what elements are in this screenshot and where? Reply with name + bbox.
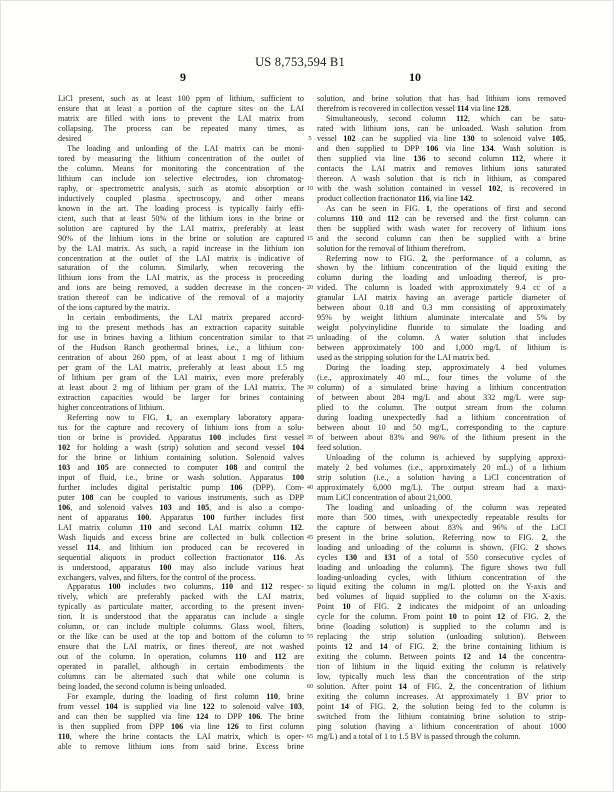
- text-line: known in the art. The loading process is…: [58, 204, 304, 214]
- text-line: ping solution (having a lithium concentr…: [317, 722, 566, 732]
- text-line: saturation of the column. Similarly, whe…: [58, 263, 304, 273]
- column-number-left: 9: [123, 70, 243, 85]
- text-line: for the brine or lithium containing solu…: [58, 453, 304, 463]
- text-line: 103 and 105 are connected to computer 10…: [58, 463, 304, 473]
- gutter-line-number: 40: [300, 484, 320, 492]
- text-line: vessel 102 can be supplied via line 130 …: [317, 134, 566, 144]
- patent-number-header: US 8,753,594 B1: [0, 55, 600, 70]
- gutter-line-number: 25: [300, 334, 320, 342]
- text-line: As can be seen in FIG. 1, the operations…: [317, 204, 566, 214]
- text-line: higher concentrations of lithium.: [58, 403, 304, 413]
- text-line: operated in parallel, although in certai…: [58, 662, 304, 672]
- text-line: switched from the lithium containing bri…: [317, 712, 566, 722]
- gutter-line-number: 15: [300, 235, 320, 243]
- text-line: mately 2 bed volumes (i.e., approximatel…: [317, 463, 566, 473]
- text-line: of between about 83% and 96% of the lith…: [317, 433, 566, 443]
- text-line: able to remove lithium ions from said br…: [58, 742, 304, 752]
- text-line: tored by measuring the lithium concentra…: [58, 154, 304, 164]
- text-line: plied to the column. The output stream f…: [317, 403, 566, 413]
- text-line: points 12 and 14 of FIG. 2, the brine co…: [317, 642, 566, 652]
- text-line: loading and unloading of the column is s…: [317, 543, 566, 553]
- text-line: solution are captured by the LAI matrix,…: [58, 224, 304, 234]
- text-line: tively, which are preferably packed with…: [58, 592, 304, 602]
- text-line: puter 108 can be coupled to various inst…: [58, 493, 304, 503]
- text-line: tion of lithium in the liquid exiting th…: [317, 662, 566, 672]
- text-line: nent of apparatus 100. Apparatus 100 fur…: [58, 513, 304, 523]
- text-line: granular LAI matrix having an average pa…: [317, 293, 566, 303]
- gutter-line-number: 20: [300, 284, 320, 292]
- text-column-right: solution, and brine solution that has ha…: [317, 94, 566, 742]
- text-line: of the Hudson Ranch geothermal brines, i…: [58, 343, 304, 353]
- text-line: by the LAI matrix. As such, a rapid incr…: [58, 244, 304, 254]
- text-line: Apparatus 100 includes two columns, 110 …: [58, 582, 304, 592]
- text-line: Point 10 of FIG. 2 indicates the midpoin…: [317, 602, 566, 612]
- text-line: Wash liquids and excess brine are collec…: [58, 533, 304, 543]
- text-line: columns 110 and 112 can be reversed and …: [317, 214, 566, 224]
- text-line: out of the column. In operation, columns…: [58, 652, 304, 662]
- text-line: per gram of the LAI matrix, preferably a…: [58, 363, 304, 373]
- text-line: bed volumes of liquid supplied to the co…: [317, 592, 566, 602]
- text-line: product collection fractionator 116, via…: [317, 194, 566, 204]
- text-line: During the loading step, approximately 4…: [317, 363, 566, 373]
- text-line: Unloading of the column is achieved by s…: [317, 453, 566, 463]
- text-line: sequential aliquots in product collectio…: [58, 553, 304, 563]
- text-line: column during the loading and unloading …: [317, 273, 566, 283]
- text-line: matrix are filled with ions to prevent t…: [58, 114, 304, 124]
- text-line: contacts the LAI matrix and removes lith…: [317, 164, 566, 174]
- text-column-left: LiCl present, such as at least 100 ppm o…: [58, 94, 304, 752]
- gutter-line-number: 50: [300, 584, 320, 592]
- text-line: between approximately 100 and 1,000 mg/L…: [317, 343, 566, 353]
- text-line: column) of a simulated brine having a li…: [317, 383, 566, 393]
- text-line: and can then be supplied via line 124 to…: [58, 712, 304, 722]
- text-line: and the second column can then be suppli…: [317, 234, 566, 244]
- text-line: point 14 of FIG. 2, the solution being f…: [317, 702, 566, 712]
- text-line: concentration at the outlet of the LAI m…: [58, 254, 304, 264]
- text-line: tion. It is understood that the apparatu…: [58, 612, 304, 622]
- text-line: 90% of the lithium ions in the brine or …: [58, 234, 304, 244]
- text-line: loading-unloading cycles, with lithium c…: [317, 573, 566, 583]
- text-line: between about 10 and 50 mg/L, correspond…: [317, 423, 566, 433]
- text-line: during loading unexpectedly had a lithiu…: [317, 413, 566, 423]
- text-line: at least about 2 mg of lithium per gram …: [58, 383, 304, 393]
- text-line: solution for the removal of lithium ther…: [317, 244, 566, 254]
- text-line: extraction capacities would be larger fo…: [58, 393, 304, 403]
- text-line: In certain embodiments, the LAI matrix p…: [58, 313, 304, 323]
- text-line: collapsing. The process can be repeated …: [58, 124, 304, 134]
- text-line: the column. Means for monitoring the con…: [58, 164, 304, 174]
- text-line: with the wash solution contained in vess…: [317, 184, 566, 194]
- text-line: Referring now to FIG. 2, the performance…: [317, 254, 566, 264]
- text-line: For example, during the loading of first…: [58, 692, 304, 702]
- text-line: columns can be alternated such that whil…: [58, 672, 304, 682]
- text-line: ensure that the LAI matrix, or fines the…: [58, 642, 304, 652]
- gutter-line-number: 55: [300, 633, 320, 641]
- text-line: and ions are being removed, a sudden dec…: [58, 283, 304, 293]
- text-line: 102 for holding a wash (strip) solution …: [58, 443, 304, 453]
- text-line: then be supplied with wash water for rec…: [317, 224, 566, 234]
- patent-page: US 8,753,594 B1 9 10 LiCl present, such …: [0, 0, 614, 792]
- text-line: solution. After point 14 of FIG. 2, the …: [317, 682, 566, 692]
- text-line: feed solution.: [317, 443, 566, 453]
- text-line: loading and unloading the column). The f…: [317, 563, 566, 573]
- text-line: The loading and unloading of the column …: [317, 503, 566, 513]
- text-line: lithium ions from the LAI matrix, as the…: [58, 273, 304, 283]
- text-line: mum LiCl concentration of about 21,000.: [317, 493, 566, 503]
- gutter-line-number: 60: [300, 683, 320, 691]
- text-line: desired: [58, 134, 304, 144]
- text-line: ensure that at least a portion of the ca…: [58, 104, 304, 114]
- text-line: Simultaneously, second column 112, which…: [317, 114, 566, 124]
- text-line: is then supplied from DPP 106 via line 1…: [58, 722, 304, 732]
- text-line: inductively coupled plasma spectroscopy,…: [58, 194, 304, 204]
- text-line: vided. The column is loaded with approxi…: [317, 283, 566, 293]
- text-line: then supplied via line 136 to second col…: [317, 154, 566, 164]
- text-line: unloading of the column. A water solutio…: [317, 333, 566, 343]
- text-line: exiting the column. Between points 12 an…: [317, 652, 566, 662]
- text-line: being loaded, the second column is being…: [58, 682, 304, 692]
- text-line: present in the brine solution. Referring…: [317, 533, 566, 543]
- text-line: solution, and brine solution that has ha…: [317, 94, 566, 104]
- text-line: centration of about 260 ppm, of at least…: [58, 353, 304, 363]
- text-line: thereon. A wash solution that is rich in…: [317, 174, 566, 184]
- text-line: used as the stripping solution for the L…: [317, 353, 566, 363]
- text-line: from vessel 104 is supplied via line 122…: [58, 702, 304, 712]
- text-line: tration thereof can be indicative of the…: [58, 293, 304, 303]
- text-line: cient, such that at least 50% of the lit…: [58, 214, 304, 224]
- text-line: Referring now to FIG. 1, an exemplary la…: [58, 413, 304, 423]
- text-line: approximately 6,000 mg/L). The output st…: [317, 483, 566, 493]
- text-line: more than 500 times, with unexpectedly r…: [317, 513, 566, 523]
- text-line: further includes digital peristaltic pum…: [58, 483, 304, 493]
- text-line: cycle for the column. From point 10 to p…: [317, 612, 566, 622]
- gutter-line-number: 30: [300, 384, 320, 392]
- text-line: tion or brine is provided. Apparatus 100…: [58, 433, 304, 443]
- text-line: typically as particulate matter, accordi…: [58, 602, 304, 612]
- text-line: exchangers, valves, and filters, for the…: [58, 573, 304, 583]
- text-line: input of fluid, i.e., brine or wash solu…: [58, 473, 304, 483]
- text-line: liquid exiting the column in mg/L plotte…: [317, 582, 566, 592]
- text-line: The loading and unloading of the LAI mat…: [58, 144, 304, 154]
- text-line: vessel 114, and lithium ion produced can…: [58, 543, 304, 553]
- text-line: between about 0.18 and 0.3 mm consisting…: [317, 303, 566, 313]
- text-line: ing to the present methods has an extrac…: [58, 323, 304, 333]
- gutter-line-number: 10: [300, 185, 320, 193]
- text-line: is understood, apparatus 100 may also in…: [58, 563, 304, 573]
- text-line: strip solution (i.e., a solution having …: [317, 473, 566, 483]
- gutter-line-number: 45: [300, 534, 320, 542]
- text-line: therefrom is recovered in collection ves…: [317, 104, 566, 114]
- text-line: tus for the capture and recovery of lith…: [58, 423, 304, 433]
- text-line: mg/L) and a total of 1 to 1.5 BV is pass…: [317, 732, 566, 742]
- text-line: 110, where the brine contacts the LAI ma…: [58, 732, 304, 742]
- text-line: for use in brines having a lithium conce…: [58, 333, 304, 343]
- gutter-line-number: 35: [300, 434, 320, 442]
- gutter-line-number: 5: [300, 135, 320, 143]
- text-line: exiting the column increases. At approxi…: [317, 692, 566, 702]
- text-line: rated with lithium ions, can be unloaded…: [317, 124, 566, 134]
- gutter-line-number: 65: [300, 733, 320, 741]
- column-number-right: 10: [355, 70, 475, 85]
- text-line: raphy, or spectrometric analysis, such a…: [58, 184, 304, 194]
- text-line: of between about 284 mg/L and about 332 …: [317, 393, 566, 403]
- text-line: of lithium per gram of the LAI matrix, e…: [58, 373, 304, 383]
- text-line: of the ions captured by the matrix.: [58, 303, 304, 313]
- text-line: cycles 130 and 131 of a total of 550 con…: [317, 553, 566, 563]
- text-line: 106, and solenoid valves 103 and 105, an…: [58, 503, 304, 513]
- text-line: brine (loading solution) is supplied to …: [317, 622, 566, 632]
- text-line: low, typically much less than the concen…: [317, 672, 566, 682]
- text-line: replacing the strip solution (unloading …: [317, 632, 566, 642]
- text-line: 95% by weight lithium aluminate intercal…: [317, 313, 566, 323]
- text-line: LiCl present, such as at least 100 ppm o…: [58, 94, 304, 104]
- text-line: weight polyvinylidine fluoride to simula…: [317, 323, 566, 333]
- text-line: column, or can include multiple columns.…: [58, 622, 304, 632]
- text-line: shown by the lithium concentration of th…: [317, 263, 566, 273]
- text-line: lithium can include ion selective electr…: [58, 174, 304, 184]
- text-line: (i.e., approximately 40 mL., four times …: [317, 373, 566, 383]
- text-line: and then supplied to DPP 106 via line 13…: [317, 144, 566, 154]
- text-line: or the like can be used at the top and b…: [58, 632, 304, 642]
- text-line: the capture of between about 83% and 96%…: [317, 523, 566, 533]
- text-line: LAI matrix column 110 and second LAI mat…: [58, 523, 304, 533]
